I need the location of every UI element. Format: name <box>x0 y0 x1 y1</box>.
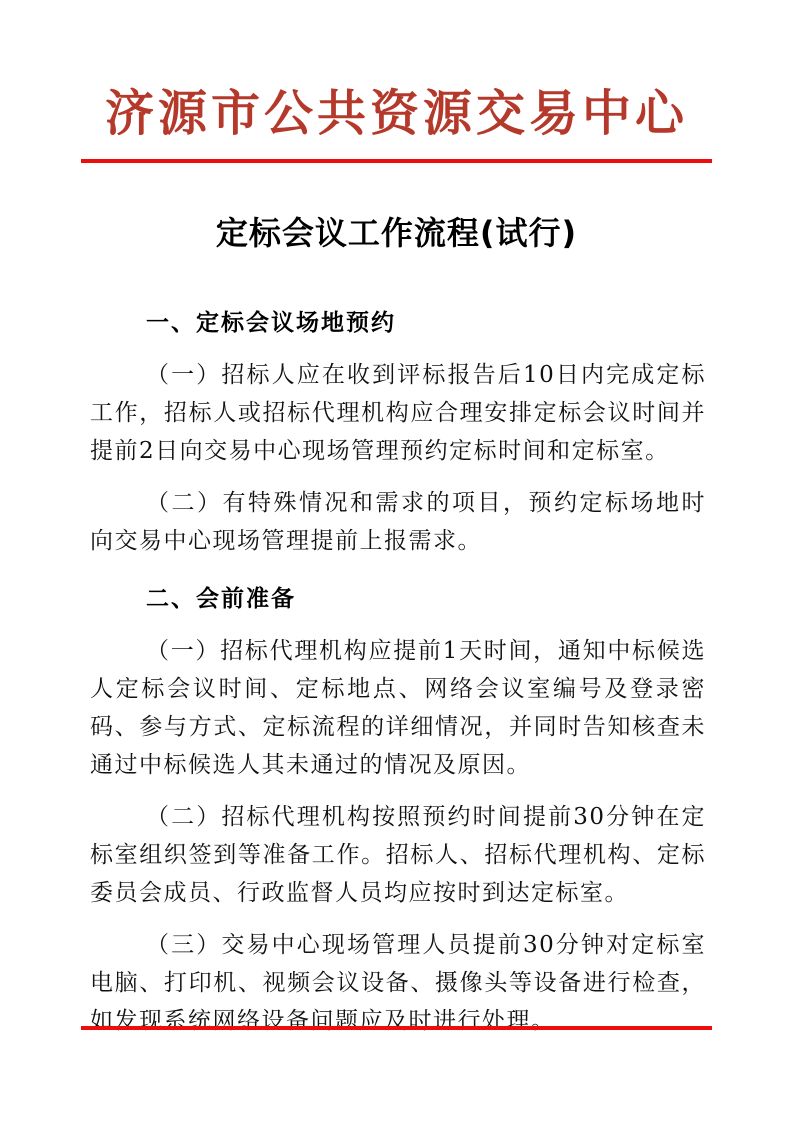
footer-rule <box>81 1026 712 1030</box>
section-heading-2: 二、会前准备 <box>90 580 706 618</box>
section-pre-meeting-preparation: 二、会前准备 （一）招标代理机构应提前1天时间，通知中标候选人定标会议时间、定标… <box>90 580 706 1040</box>
section-venue-reservation: 一、定标会议场地预约 （一）招标人应在收到评标报告后10日内完成定标工作，招标人… <box>90 304 706 560</box>
paragraph-2-3: （三）交易中心现场管理人员提前30分钟对定标室电脑、打印机、视频会议设备、摄像头… <box>90 926 706 1040</box>
letterhead-rule <box>81 159 712 163</box>
paragraph-1-2: （二）有特殊情况和需求的项目，预约定标场地时向交易中心现场管理提前上报需求。 <box>90 484 706 560</box>
document-body: 一、定标会议场地预约 （一）招标人应在收到评标报告后10日内完成定标工作，招标人… <box>90 284 706 1040</box>
paragraph-2-2: （二）招标代理机构按照预约时间提前30分钟在定标室组织签到等准备工作。招标人、招… <box>90 798 706 912</box>
paragraph-1-1: （一）招标人应在收到评标报告后10日内完成定标工作，招标人或招标代理机构应合理安… <box>90 356 706 470</box>
document-page: 济源市公共资源交易中心 定标会议工作流程(试行) 一、定标会议场地预约 （一）招… <box>0 0 793 1121</box>
section-heading-1: 一、定标会议场地预约 <box>90 304 706 342</box>
org-name-title: 济源市公共资源交易中心 <box>0 82 793 144</box>
paragraph-2-1: （一）招标代理机构应提前1天时间，通知中标候选人定标会议时间、定标地点、网络会议… <box>90 632 706 784</box>
document-title: 定标会议工作流程(试行) <box>0 213 793 253</box>
letterhead: 济源市公共资源交易中心 <box>0 82 793 144</box>
